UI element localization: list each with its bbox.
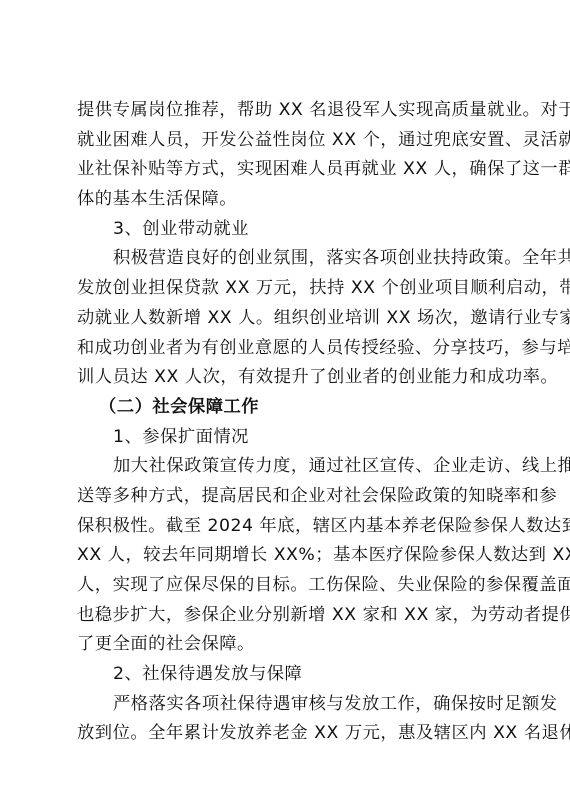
subsection-heading: 3、创业带动就业 (77, 215, 492, 245)
paragraph-line: 训人员达 XX 人次，有效提升了创业者的创业能力和成功率。 (77, 363, 492, 393)
paragraph-line: 提供专属岗位推荐，帮助 XX 名退役军人实现高质量就业。对于 (77, 96, 492, 126)
subsection-heading: 1、参保扩面情况 (77, 423, 492, 453)
subsection-heading: 2、社保待遇发放与保障 (77, 660, 492, 690)
paragraph-line: 保积极性。截至 2024 年底，辖区内基本养老保险参保人数达到 (77, 512, 492, 542)
paragraph-line: 发放创业担保贷款 XX 万元，扶持 XX 个创业项目顺利启动，带 (77, 274, 492, 304)
paragraph-line: 放到位。全年累计发放养老金 XX 万元，惠及辖区内 XX 名退休 (77, 719, 492, 749)
paragraph-line: 积极营造良好的创业氛围，落实各项创业扶持政策。全年共 (77, 244, 492, 274)
paragraph-line: 了更全面的社会保障。 (77, 630, 492, 660)
paragraph-line: 就业困难人员，开发公益性岗位 XX 个，通过兜底安置、灵活就 (77, 126, 492, 156)
paragraph-line: 加大社保政策宣传力度，通过社区宣传、企业走访、线上推 (77, 452, 492, 482)
section-heading: （二）社会保障工作 (77, 393, 492, 423)
paragraph-line: 人，实现了应保尽保的目标。工伤保险、失业保险的参保覆盖面 (77, 571, 492, 601)
paragraph-line: 严格落实各项社保待遇审核与发放工作，确保按时足额发 (77, 690, 492, 720)
paragraph-line: XX 人，较去年同期增长 XX%；基本医疗保险参保人数达到 XX (77, 541, 492, 571)
paragraph-line: 也稳步扩大，参保企业分别新增 XX 家和 XX 家，为劳动者提供 (77, 601, 492, 631)
paragraph-line: 和成功创业者为有创业意愿的人员传授经验、分享技巧，参与培 (77, 334, 492, 364)
paragraph-line: 送等多种方式，提高居民和企业对社会保险政策的知晓率和参 (77, 482, 492, 512)
paragraph-line: 体的基本生活保障。 (77, 185, 492, 215)
document-page: 提供专属岗位推荐，帮助 XX 名退役军人实现高质量就业。对于 就业困难人员，开发… (77, 96, 492, 749)
paragraph-line: 动就业人数新增 XX 人。组织创业培训 XX 场次，邀请行业专家 (77, 304, 492, 334)
paragraph-line: 业社保补贴等方式，实现困难人员再就业 XX 人，确保了这一群 (77, 155, 492, 185)
